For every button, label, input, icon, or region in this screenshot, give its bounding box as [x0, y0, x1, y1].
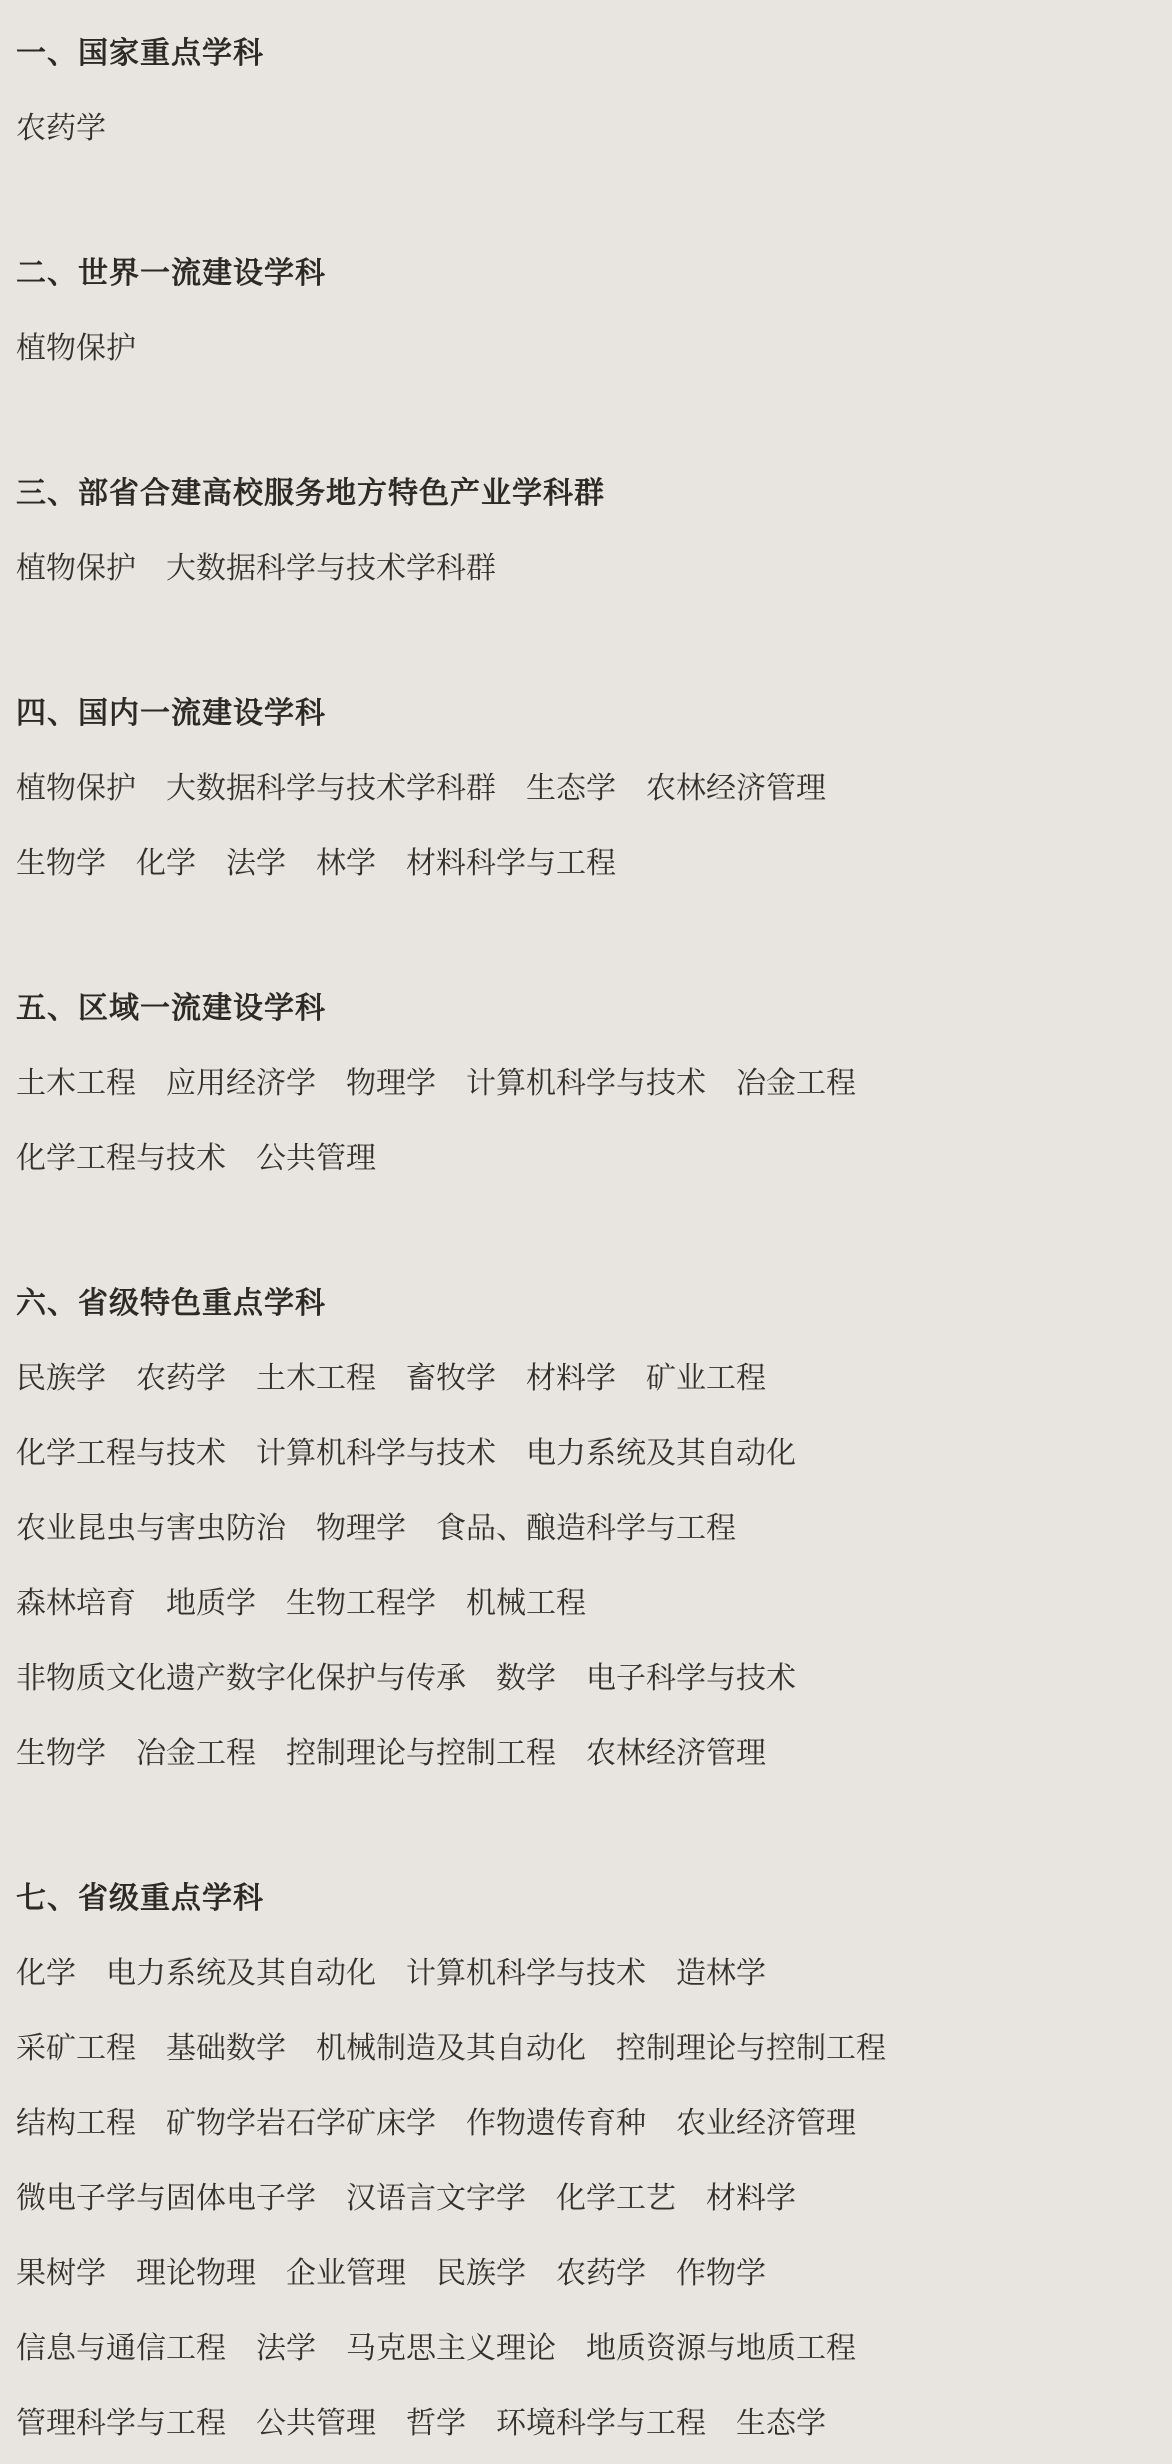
- discipline-item: 农药学: [136, 1353, 226, 1397]
- discipline-item: 植物保护: [16, 323, 136, 367]
- discipline-item: 法学: [256, 2323, 316, 2367]
- discipline-line: 微电子学与固体电子学汉语言文字学化学工艺材料学: [16, 2157, 1152, 2232]
- discipline-section: 五、区域一流建设学科土木工程应用经济学物理学计算机科学与技术冶金工程化学工程与技…: [16, 967, 1152, 1192]
- discipline-item: 电力系统及其自动化: [526, 1428, 796, 1472]
- discipline-item: 控制理论与控制工程: [286, 1728, 556, 1772]
- section-heading: 五、区域一流建设学科: [16, 967, 1152, 1042]
- discipline-item: 计算机科学与技术: [256, 1428, 496, 1472]
- discipline-item: 生态学: [736, 2398, 826, 2442]
- discipline-section: 二、世界一流建设学科植物保护: [16, 232, 1152, 382]
- discipline-item: 地质学: [166, 1578, 256, 1622]
- discipline-item: 化学: [136, 838, 196, 882]
- discipline-item: 信息与通信工程: [16, 2323, 226, 2367]
- discipline-item: 材料学: [526, 1353, 616, 1397]
- discipline-item: 农林经济管理: [646, 763, 826, 807]
- discipline-item: 化学工程与技术: [16, 1428, 226, 1472]
- disciplines-page: 一、国家重点学科农药学二、世界一流建设学科植物保护三、部省合建高校服务地方特色产…: [16, 12, 1152, 2457]
- discipline-item: 数学: [496, 1653, 556, 1697]
- discipline-item: 机械工程: [466, 1578, 586, 1622]
- discipline-item: 农药学: [556, 2248, 646, 2292]
- discipline-item: 大数据科学与技术学科群: [166, 543, 496, 587]
- discipline-item: 生物学: [16, 1728, 106, 1772]
- discipline-item: 理论物理: [136, 2248, 256, 2292]
- discipline-item: 法学: [226, 838, 286, 882]
- discipline-item: 物理学: [316, 1503, 406, 1547]
- discipline-section: 六、省级特色重点学科民族学农药学土木工程畜牧学材料学矿业工程化学工程与技术计算机…: [16, 1262, 1152, 1787]
- discipline-line: 植物保护: [16, 307, 1152, 382]
- discipline-item: 环境科学与工程: [496, 2398, 706, 2442]
- discipline-item: 化学工程与技术: [16, 1133, 226, 1177]
- discipline-item: 生物工程学: [286, 1578, 436, 1622]
- discipline-item: 非物质文化遗产数字化保护与传承: [16, 1653, 466, 1697]
- discipline-line: 植物保护大数据科学与技术学科群生态学农林经济管理: [16, 747, 1152, 822]
- discipline-item: 控制理论与控制工程: [616, 2023, 886, 2067]
- discipline-item: 应用经济学: [166, 1058, 316, 1102]
- discipline-item: 材料科学与工程: [406, 838, 616, 882]
- discipline-item: 物理学: [346, 1058, 436, 1102]
- discipline-line: 非物质文化遗产数字化保护与传承数学电子科学与技术: [16, 1637, 1152, 1712]
- discipline-item: 马克思主义理论: [346, 2323, 556, 2367]
- discipline-item: 结构工程: [16, 2098, 136, 2142]
- discipline-item: 土木工程: [256, 1353, 376, 1397]
- discipline-item: 果树学: [16, 2248, 106, 2292]
- discipline-line: 信息与通信工程法学马克思主义理论地质资源与地质工程: [16, 2307, 1152, 2382]
- discipline-item: 计算机科学与技术: [406, 1948, 646, 1992]
- discipline-item: 采矿工程: [16, 2023, 136, 2067]
- discipline-item: 林学: [316, 838, 376, 882]
- discipline-item: 冶金工程: [136, 1728, 256, 1772]
- discipline-item: 矿业工程: [646, 1353, 766, 1397]
- discipline-item: 管理科学与工程: [16, 2398, 226, 2442]
- discipline-item: 机械制造及其自动化: [316, 2023, 586, 2067]
- discipline-item: 矿物学岩石学矿床学: [166, 2098, 436, 2142]
- discipline-item: 电力系统及其自动化: [106, 1948, 376, 1992]
- discipline-section: 三、部省合建高校服务地方特色产业学科群植物保护大数据科学与技术学科群: [16, 452, 1152, 602]
- discipline-item: 大数据科学与技术学科群: [166, 763, 496, 807]
- discipline-item: 哲学: [406, 2398, 466, 2442]
- discipline-item: 微电子学与固体电子学: [16, 2173, 316, 2217]
- discipline-item: 材料学: [706, 2173, 796, 2217]
- discipline-line: 森林培育地质学生物工程学机械工程: [16, 1562, 1152, 1637]
- discipline-line: 生物学化学法学林学材料科学与工程: [16, 822, 1152, 897]
- discipline-line: 化学工程与技术计算机科学与技术电力系统及其自动化: [16, 1412, 1152, 1487]
- discipline-item: 企业管理: [286, 2248, 406, 2292]
- discipline-section: 四、国内一流建设学科植物保护大数据科学与技术学科群生态学农林经济管理生物学化学法…: [16, 672, 1152, 897]
- discipline-item: 植物保护: [16, 763, 136, 807]
- discipline-item: 土木工程: [16, 1058, 136, 1102]
- discipline-section: 一、国家重点学科农药学: [16, 12, 1152, 162]
- discipline-item: 计算机科学与技术: [466, 1058, 706, 1102]
- discipline-line: 果树学理论物理企业管理民族学农药学作物学: [16, 2232, 1152, 2307]
- discipline-line: 化学工程与技术公共管理: [16, 1117, 1152, 1192]
- discipline-item: 农业经济管理: [676, 2098, 856, 2142]
- discipline-line: 民族学农药学土木工程畜牧学材料学矿业工程: [16, 1337, 1152, 1412]
- discipline-item: 化学工艺: [556, 2173, 676, 2217]
- section-heading: 六、省级特色重点学科: [16, 1262, 1152, 1337]
- discipline-line: 农业昆虫与害虫防治物理学食品、酿造科学与工程: [16, 1487, 1152, 1562]
- discipline-item: 造林学: [676, 1948, 766, 1992]
- discipline-item: 森林培育: [16, 1578, 136, 1622]
- discipline-item: 民族学: [436, 2248, 526, 2292]
- discipline-item: 地质资源与地质工程: [586, 2323, 856, 2367]
- discipline-item: 农业昆虫与害虫防治: [16, 1503, 286, 1547]
- discipline-line: 植物保护大数据科学与技术学科群: [16, 527, 1152, 602]
- discipline-line: 管理科学与工程公共管理哲学环境科学与工程生态学: [16, 2382, 1152, 2457]
- discipline-item: 化学: [16, 1948, 76, 1992]
- discipline-item: 民族学: [16, 1353, 106, 1397]
- discipline-item: 生态学: [526, 763, 616, 807]
- section-heading: 一、国家重点学科: [16, 12, 1152, 87]
- section-heading: 四、国内一流建设学科: [16, 672, 1152, 747]
- discipline-item: 公共管理: [256, 2398, 376, 2442]
- section-heading: 三、部省合建高校服务地方特色产业学科群: [16, 452, 1152, 527]
- discipline-item: 农林经济管理: [586, 1728, 766, 1772]
- discipline-item: 冶金工程: [736, 1058, 856, 1102]
- discipline-line: 土木工程应用经济学物理学计算机科学与技术冶金工程: [16, 1042, 1152, 1117]
- discipline-item: 汉语言文字学: [346, 2173, 526, 2217]
- discipline-item: 食品、酿造科学与工程: [436, 1503, 736, 1547]
- discipline-item: 电子科学与技术: [586, 1653, 796, 1697]
- discipline-line: 化学电力系统及其自动化计算机科学与技术造林学: [16, 1932, 1152, 2007]
- discipline-item: 生物学: [16, 838, 106, 882]
- discipline-item: 畜牧学: [406, 1353, 496, 1397]
- discipline-item: 公共管理: [256, 1133, 376, 1177]
- discipline-line: 农药学: [16, 87, 1152, 162]
- discipline-item: 农药学: [16, 103, 106, 147]
- discipline-item: 植物保护: [16, 543, 136, 587]
- discipline-section: 七、省级重点学科化学电力系统及其自动化计算机科学与技术造林学采矿工程基础数学机械…: [16, 1857, 1152, 2457]
- discipline-line: 采矿工程基础数学机械制造及其自动化控制理论与控制工程: [16, 2007, 1152, 2082]
- section-heading: 二、世界一流建设学科: [16, 232, 1152, 307]
- discipline-item: 作物学: [676, 2248, 766, 2292]
- discipline-item: 作物遗传育种: [466, 2098, 646, 2142]
- discipline-line: 结构工程矿物学岩石学矿床学作物遗传育种农业经济管理: [16, 2082, 1152, 2157]
- section-heading: 七、省级重点学科: [16, 1857, 1152, 1932]
- discipline-line: 生物学冶金工程控制理论与控制工程农林经济管理: [16, 1712, 1152, 1787]
- discipline-item: 基础数学: [166, 2023, 286, 2067]
